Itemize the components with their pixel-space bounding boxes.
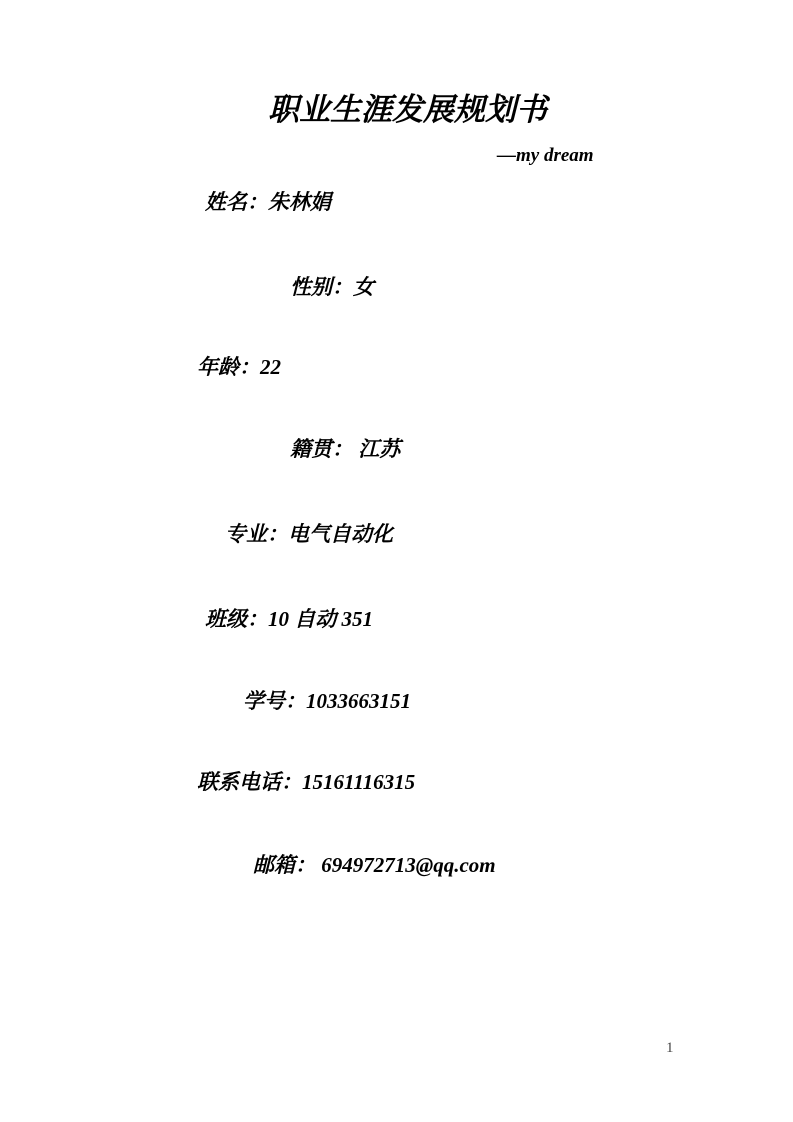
field-separator: ： bbox=[281, 770, 302, 794]
field-value-age: 22 bbox=[260, 355, 281, 379]
field-label-email: 邮箱 bbox=[253, 853, 295, 877]
field-separator: ： bbox=[239, 355, 260, 379]
field-value-phone: 15161116315 bbox=[302, 770, 415, 794]
field-line-email: 邮箱： 694972713@qq.com bbox=[253, 854, 496, 877]
field-line-class: 班级：10 自动 351 bbox=[205, 608, 373, 631]
field-value-student-id: 1033663151 bbox=[306, 689, 411, 713]
field-label-major: 专业 bbox=[225, 522, 267, 546]
field-value-email: 694972713@qq.com bbox=[321, 853, 495, 877]
field-label-name: 姓名 bbox=[205, 190, 247, 214]
field-label-student-id: 学号 bbox=[243, 689, 285, 713]
field-value-class: 10 自动 351 bbox=[268, 607, 373, 631]
field-label-class: 班级 bbox=[205, 607, 247, 631]
document-title: 职业生涯发展规划书 bbox=[268, 92, 547, 128]
document-subtitle: —my dream bbox=[497, 146, 594, 167]
field-label-phone: 联系电话 bbox=[197, 770, 281, 794]
field-separator: ： bbox=[285, 689, 306, 713]
field-line-gender: 性别：女 bbox=[290, 276, 374, 299]
field-line-phone: 联系电话：15161116315 bbox=[197, 771, 415, 794]
field-label-age: 年龄 bbox=[197, 355, 239, 379]
field-line-student-id: 学号：1033663151 bbox=[243, 690, 411, 713]
field-value-major: 电气自动化 bbox=[288, 522, 393, 546]
field-separator: ： bbox=[267, 522, 288, 546]
field-line-hometown: 籍贯： 江苏 bbox=[290, 438, 400, 461]
field-line-major: 专业：电气自动化 bbox=[225, 523, 393, 546]
document-page: 职业生涯发展规划书 —my dream 姓名：朱林娟 性别：女 年龄：22 籍贯… bbox=[0, 0, 793, 1122]
field-line-name: 姓名：朱林娟 bbox=[205, 191, 331, 214]
field-separator: ： bbox=[247, 190, 268, 214]
field-value-hometown: 江苏 bbox=[358, 437, 400, 461]
field-value-name: 朱林娟 bbox=[268, 190, 331, 214]
field-label-hometown: 籍贯 bbox=[290, 437, 332, 461]
field-value-gender: 女 bbox=[353, 275, 374, 299]
field-separator: ： bbox=[332, 437, 358, 461]
page-number: 1 bbox=[666, 1040, 674, 1057]
field-line-age: 年龄：22 bbox=[197, 356, 281, 379]
field-separator: ： bbox=[332, 275, 353, 299]
field-separator: ： bbox=[247, 607, 268, 631]
field-label-gender: 性别 bbox=[290, 275, 332, 299]
field-separator: ： bbox=[295, 853, 321, 877]
